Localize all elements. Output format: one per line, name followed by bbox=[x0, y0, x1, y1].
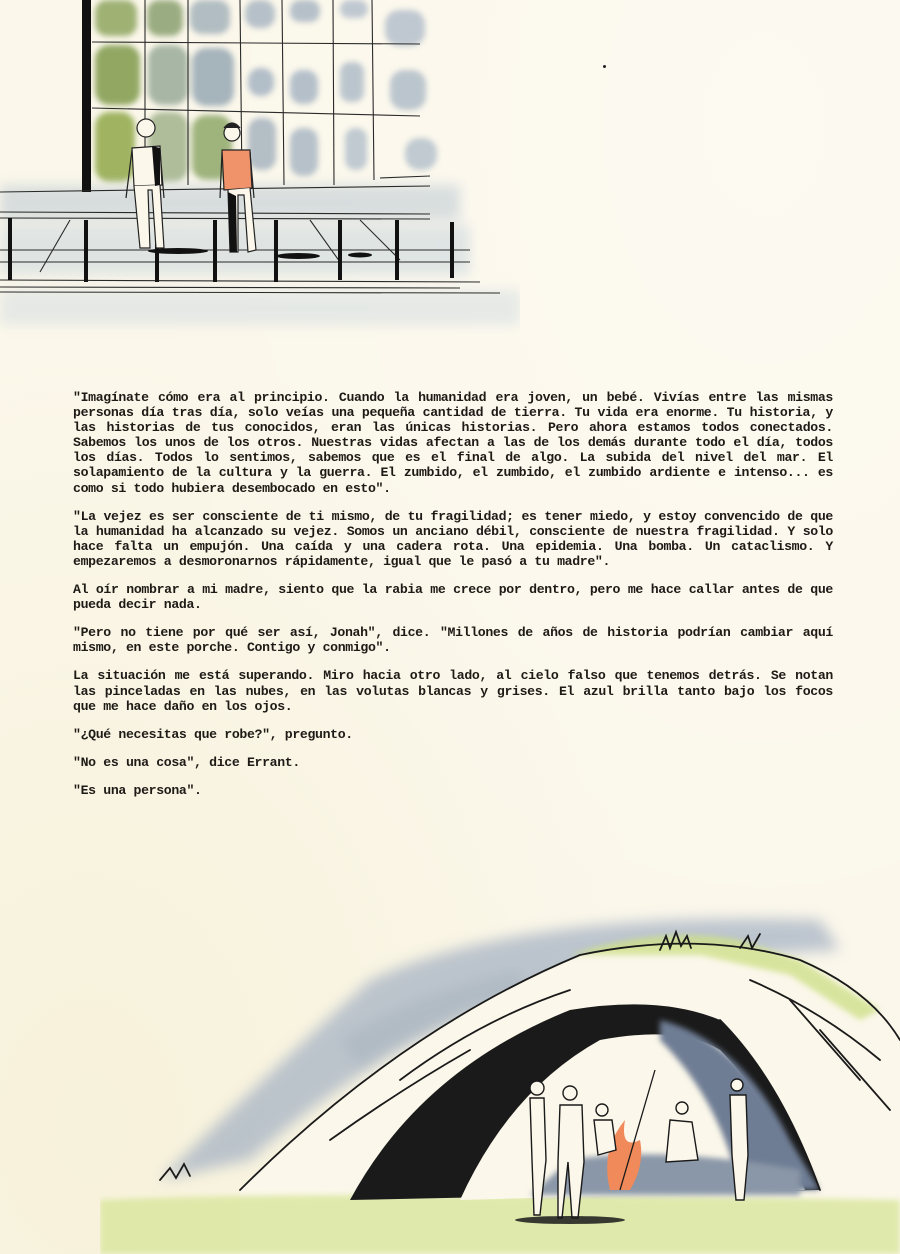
paragraph: "Es una persona". bbox=[73, 783, 833, 798]
paragraph: Al oír nombrar a mi madre, siento que la… bbox=[73, 582, 833, 612]
paragraph: "¿Qué necesitas que robe?", pregunto. bbox=[73, 727, 833, 742]
paragraph: "No es una cosa", dice Errant. bbox=[73, 755, 833, 770]
book-page: "Imagínate cómo era al principio. Cuando… bbox=[0, 0, 900, 1254]
paragraph: "La vejez es ser consciente de ti mismo,… bbox=[73, 509, 833, 569]
paragraph: La situación me está superando. Miro hac… bbox=[73, 668, 833, 713]
porch-illustration bbox=[0, 0, 520, 340]
cave-illustration bbox=[100, 900, 900, 1254]
paragraph: "Pero no tiene por qué ser así, Jonah", … bbox=[73, 625, 833, 655]
ink-speck bbox=[603, 65, 606, 68]
story-text: "Imagínate cómo era al principio. Cuando… bbox=[73, 390, 833, 811]
paragraph: "Imagínate cómo era al principio. Cuando… bbox=[73, 390, 833, 496]
